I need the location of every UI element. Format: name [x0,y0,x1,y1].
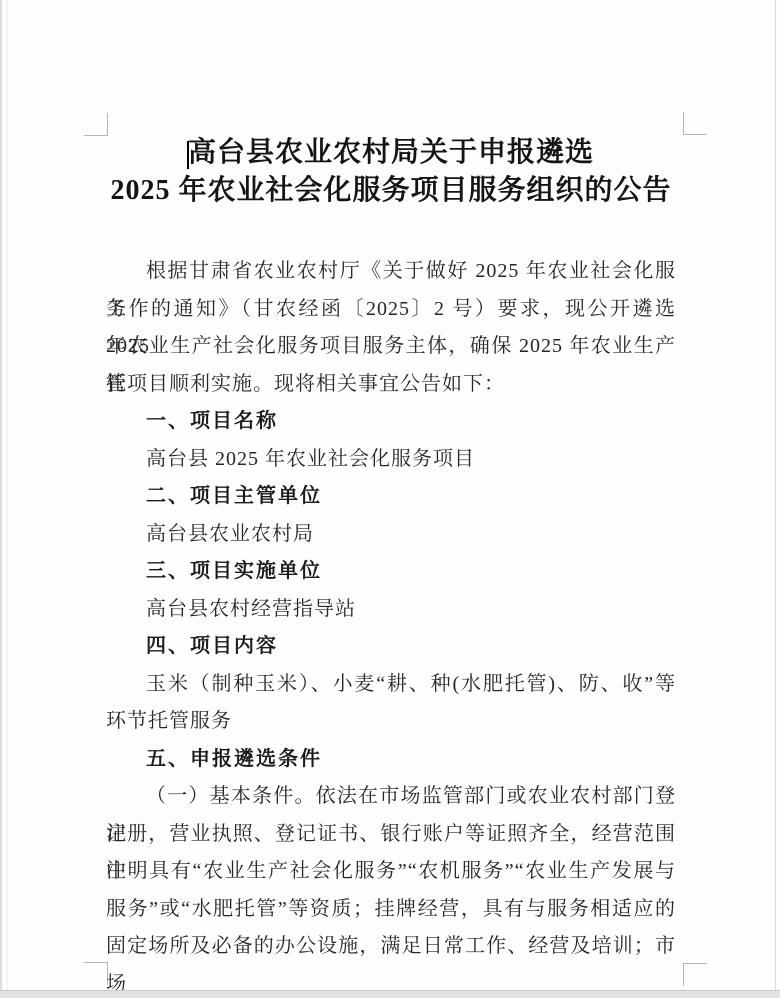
text-cursor [187,141,189,169]
document-text-line[interactable]: 注明具有“农业生产社会化服务”“农机服务”“农业生产发展与 [106,853,676,891]
section-heading[interactable]: 五、申报遴选条件 [106,741,676,779]
document-text-line[interactable]: 固定场所及必备的办公设施，满足日常工作、经营及培训；市场 [106,928,676,966]
document-text-line[interactable]: 根据甘肃省农业农村厅《关于做好 2025 年农业社会化服务 [106,253,676,291]
document-text-line[interactable]: 服务”或“水肥托管”等资质；挂牌经营，具有与服务相适应的 [106,891,676,929]
document-text-line[interactable]: 高台县 2025 年农业社会化服务项目 [106,441,676,479]
page-bottom-edge [0,990,780,998]
document-title-line-1[interactable]: 高台县农业农村局关于申报遴选 [106,134,676,172]
document-body[interactable]: 根据甘肃省农业农村厅《关于做好 2025 年农业社会化服务工作的通知》（甘农经函… [106,253,676,966]
document-text-line[interactable]: 玉米（制种玉米）、小麦“耕、种(水肥托管)、防、收”等 [106,666,676,704]
document-text-line[interactable]: （一）基本条件。依法在市场监管部门或农业农村部门登记 [106,778,676,816]
document-page: 高台县农业农村局关于申报遴选 2025 年农业社会化服务项目服务组织的公告 根据… [0,0,780,998]
page-right-edge [775,0,776,998]
document-text-line[interactable]: 年农业生产社会化服务项目服务主体，确保 2025 年农业生产托 [106,328,676,366]
text-boundary-mark-top-right [683,112,707,135]
text-boundary-mark-top-left [84,113,108,136]
document-text-line[interactable]: 高台县农村经营指导站 [106,591,676,629]
document-text-line[interactable]: 管项目顺利实施。现将相关事宜公告如下： [106,366,676,404]
document-text-line[interactable]: 环节托管服务 [106,703,676,741]
document-title-line-2[interactable]: 2025 年农业社会化服务项目服务组织的公告 [106,172,676,210]
section-heading[interactable]: 二、项目主管单位 [106,478,676,516]
document-text-line[interactable]: 高台县农业农村局 [106,516,676,554]
page-left-edge-inner [7,0,8,998]
section-heading[interactable]: 一、项目名称 [106,403,676,441]
section-heading[interactable]: 四、项目内容 [106,628,676,666]
document-text-line[interactable]: 注册，营业执照、登记证书、银行账户等证照齐全，经营范围中 [106,816,676,854]
text-boundary-mark-bottom-left [84,962,108,985]
section-heading[interactable]: 三、项目实施单位 [106,553,676,591]
document-title[interactable]: 高台县农业农村局关于申报遴选 2025 年农业社会化服务项目服务组织的公告 [106,134,676,210]
text-boundary-mark-bottom-right [683,963,707,986]
document-text-line[interactable]: 工作的通知》（甘农经函〔2025〕2 号）要求，现公开遴选 2025 [106,291,676,329]
page-left-edge [0,0,2,998]
